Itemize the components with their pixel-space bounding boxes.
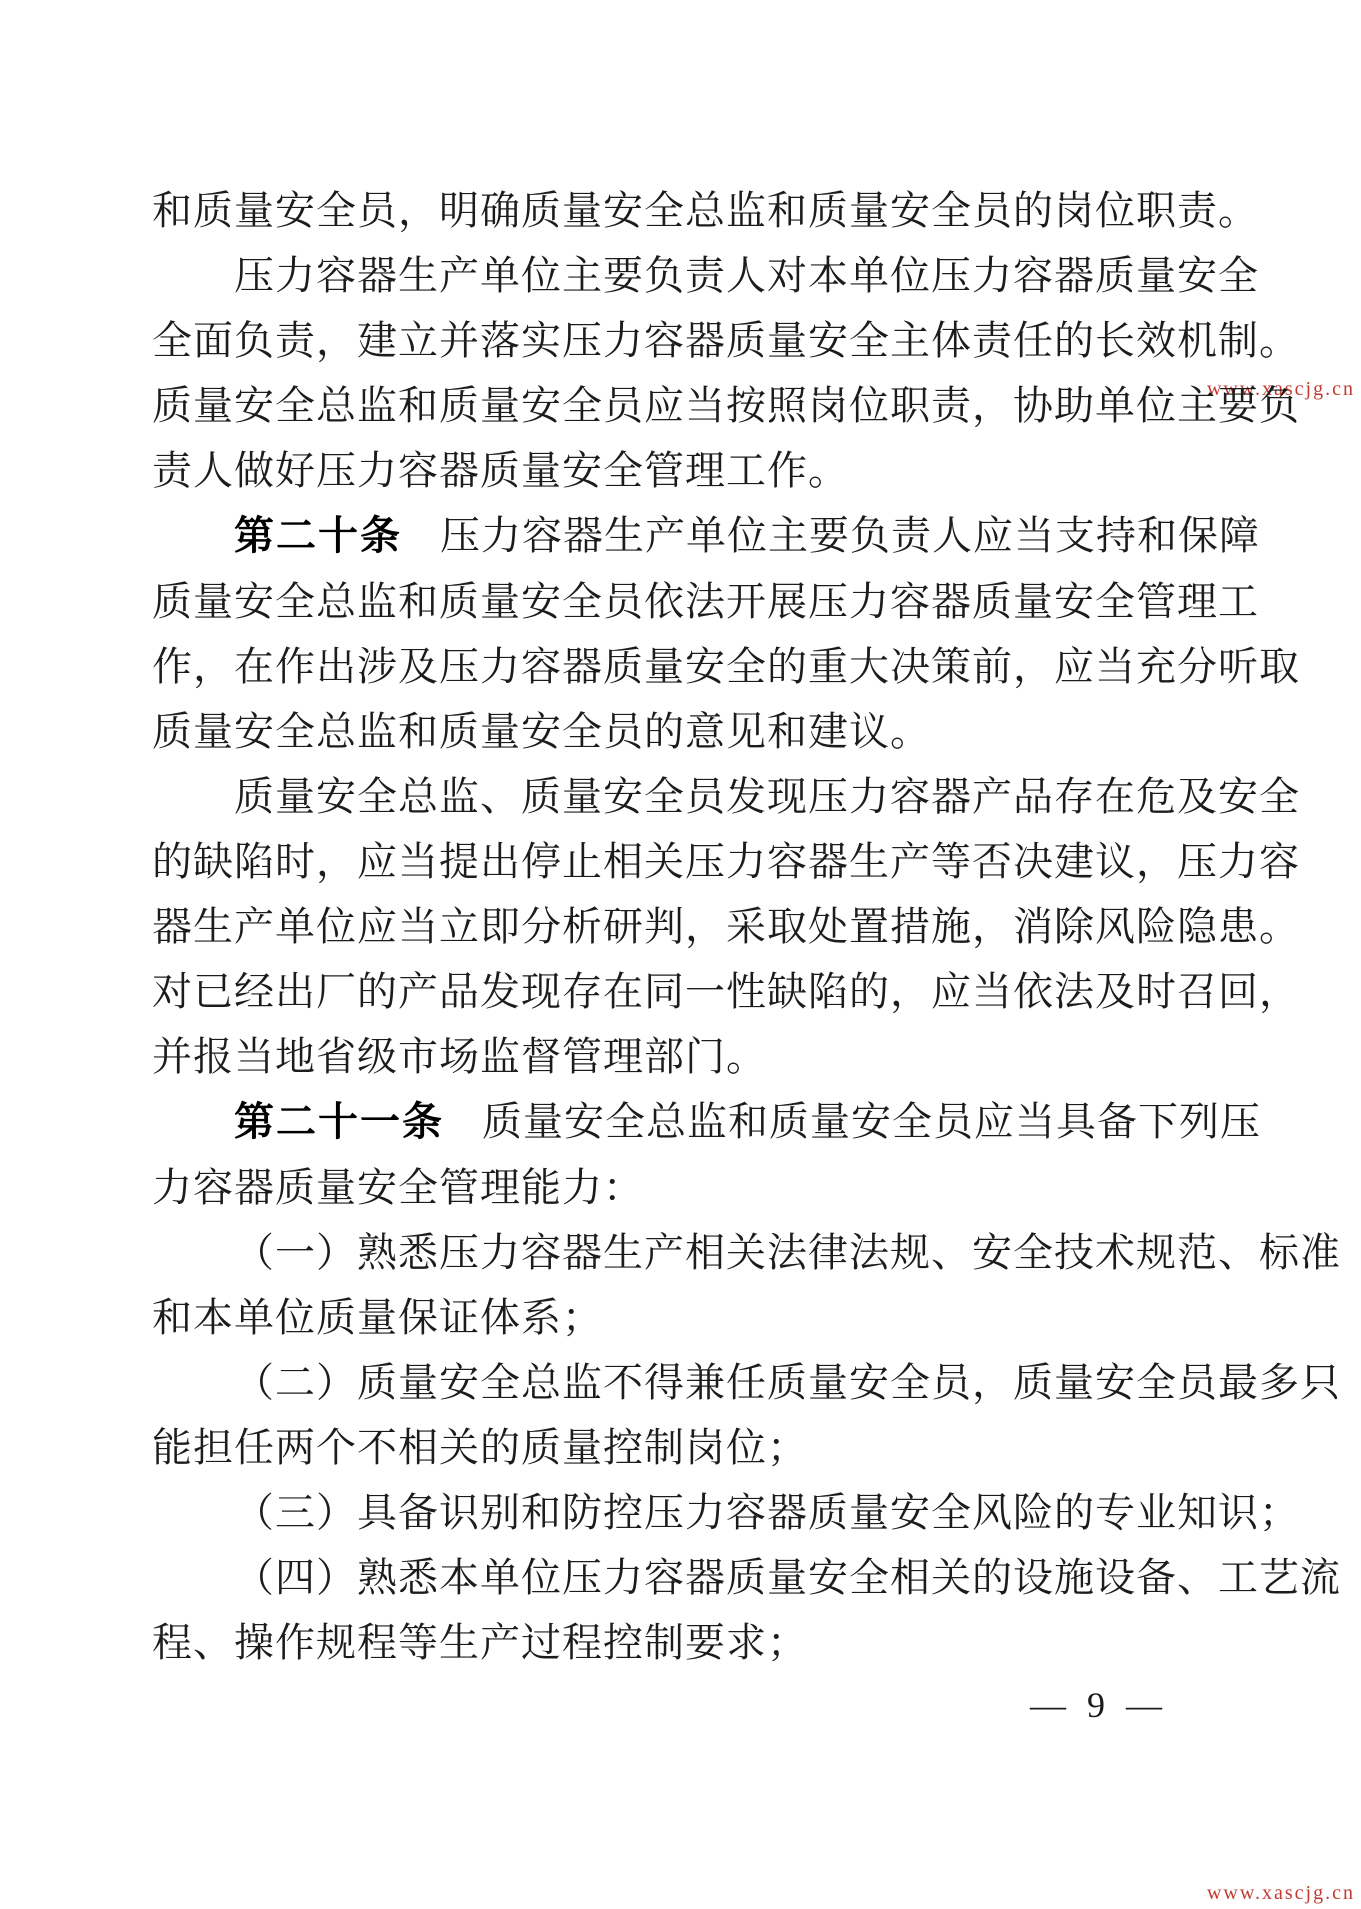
text-line: 第二十一条质量安全总监和质量安全员应当具备下列压 [152, 1089, 1224, 1155]
text-line: 压力容器生产单位主要负责人对本单位压力容器质量安全 [152, 243, 1224, 308]
line-text: 能担任两个不相关的质量控制岗位； [152, 1425, 808, 1470]
text-line: 质量安全总监、质量安全员发现压力容器产品存在危及安全 [152, 764, 1224, 829]
text-line: 责人做好压力容器质量安全管理工作。 [152, 438, 1224, 503]
text-line: 和本单位质量保证体系； [152, 1285, 1224, 1350]
line-text: 压力容器生产单位主要负责人应当支持和保障 [440, 513, 1260, 558]
text-line: 能担任两个不相关的质量控制岗位； [152, 1415, 1224, 1480]
line-text: 力容器质量安全管理能力： [152, 1165, 644, 1210]
line-text: （三）具备识别和防控压力容器质量安全风险的专业知识； [234, 1490, 1300, 1535]
page-number: — 9 — [1030, 1684, 1168, 1726]
text-line: （四）熟悉本单位压力容器质量安全相关的设施设备、工艺流 [152, 1545, 1224, 1610]
line-text: 程、操作规程等生产过程控制要求； [152, 1620, 808, 1665]
line-text: 质量安全总监和质量安全员应当具备下列压 [482, 1099, 1261, 1144]
line-text: （四）熟悉本单位压力容器质量安全相关的设施设备、工艺流 [234, 1555, 1341, 1600]
line-text: 质量安全总监、质量安全员发现压力容器产品存在危及安全 [234, 774, 1300, 819]
text-line: 质量安全总监和质量安全员依法开展压力容器质量安全管理工 [152, 569, 1224, 634]
text-line: 质量安全总监和质量安全员应当按照岗位职责，协助单位主要负 [152, 373, 1224, 438]
text-line: 对已经出厂的产品发现存在同一性缺陷的，应当依法及时召回， [152, 959, 1224, 1024]
line-text: 质量安全总监和质量安全员的意见和建议。 [152, 709, 931, 754]
line-text: 对已经出厂的产品发现存在同一性缺陷的，应当依法及时召回， [152, 969, 1300, 1014]
line-text: 责人做好压力容器质量安全管理工作。 [152, 448, 849, 493]
line-text: 并报当地省级市场监督管理部门。 [152, 1034, 767, 1079]
line-text: （一）熟悉压力容器生产相关法律法规、安全技术规范、标准 [234, 1230, 1341, 1275]
text-line: （二）质量安全总监不得兼任质量安全员，质量安全员最多只 [152, 1350, 1224, 1415]
text-line: 质量安全总监和质量安全员的意见和建议。 [152, 699, 1224, 764]
line-text: 和质量安全员，明确质量安全总监和质量安全员的岗位职责。 [152, 188, 1259, 233]
line-text: （二）质量安全总监不得兼任质量安全员，质量安全员最多只 [234, 1360, 1341, 1405]
text-line: 作，在作出涉及压力容器质量安全的重大决策前，应当充分听取 [152, 634, 1224, 699]
line-text: 压力容器生产单位主要负责人对本单位压力容器质量安全 [234, 253, 1259, 298]
line-text: 质量安全总监和质量安全员应当按照岗位职责，协助单位主要负 [152, 383, 1300, 428]
article-number: 第二十条 [234, 514, 402, 558]
line-text: 作，在作出涉及压力容器质量安全的重大决策前，应当充分听取 [152, 644, 1300, 689]
document-body: 和质量安全员，明确质量安全总监和质量安全员的岗位职责。压力容器生产单位主要负责人… [152, 178, 1224, 1675]
text-line: 全面负责，建立并落实压力容器质量安全主体责任的长效机制。 [152, 308, 1224, 373]
text-line: 力容器质量安全管理能力： [152, 1155, 1224, 1220]
watermark-bottom: www.xascjg.cn [1207, 1882, 1355, 1905]
text-line: 和质量安全员，明确质量安全总监和质量安全员的岗位职责。 [152, 178, 1224, 243]
text-line: 第二十条压力容器生产单位主要负责人应当支持和保障 [152, 503, 1224, 569]
text-line: （一）熟悉压力容器生产相关法律法规、安全技术规范、标准 [152, 1220, 1224, 1285]
article-number: 第二十一条 [234, 1100, 444, 1144]
line-text: 和本单位质量保证体系； [152, 1295, 603, 1340]
text-line: （三）具备识别和防控压力容器质量安全风险的专业知识； [152, 1480, 1224, 1545]
text-line: 的缺陷时，应当提出停止相关压力容器生产等否决建议，压力容 [152, 829, 1224, 894]
document-page: www.xascjg.cn 和质量安全员，明确质量安全总监和质量安全员的岗位职责… [0, 0, 1361, 1909]
text-line: 器生产单位应当立即分析研判，采取处置措施，消除风险隐患。 [152, 894, 1224, 959]
line-text: 的缺陷时，应当提出停止相关压力容器生产等否决建议，压力容 [152, 839, 1300, 884]
text-line: 程、操作规程等生产过程控制要求； [152, 1610, 1224, 1675]
line-text: 质量安全总监和质量安全员依法开展压力容器质量安全管理工 [152, 579, 1259, 624]
line-text: 器生产单位应当立即分析研判，采取处置措施，消除风险隐患。 [152, 904, 1300, 949]
line-text: 全面负责，建立并落实压力容器质量安全主体责任的长效机制。 [152, 318, 1300, 363]
text-line: 并报当地省级市场监督管理部门。 [152, 1024, 1224, 1089]
